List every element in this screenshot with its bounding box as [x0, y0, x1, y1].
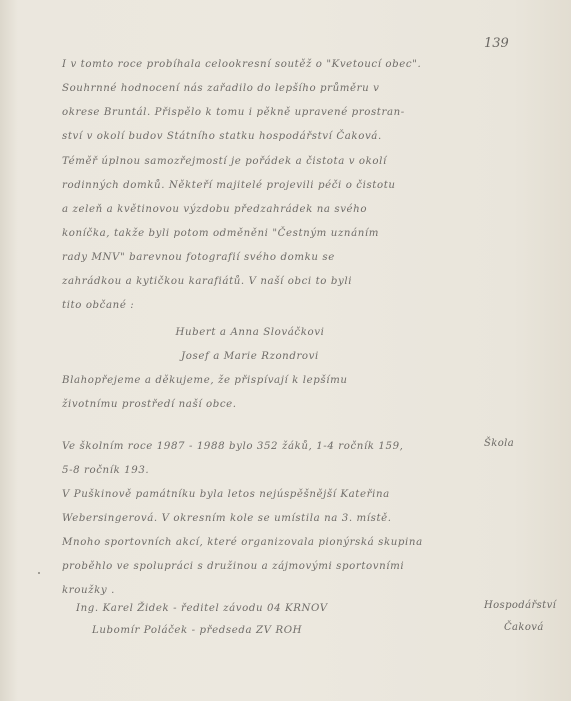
text-line: tito občané :: [62, 299, 134, 313]
text-line: 5-8 ročník 193.: [62, 464, 149, 478]
text-line: Téměř úplnou samozřejmostí je pořádek a …: [62, 155, 387, 169]
text-line: Ve školním roce 1987 - 1988 bylo 352 žák…: [62, 440, 404, 454]
text-line: I v tomto roce probíhala celookresní sou…: [62, 58, 421, 72]
text-line: Mnoho sportovních akcí, které organizova…: [62, 536, 423, 550]
signature-chairman: Lubomír Poláček - předseda ZV ROH: [92, 625, 302, 636]
text-line: kroužky .: [62, 584, 115, 598]
citizen-name: Josef a Marie Rzondrovi: [0, 350, 460, 364]
text-line: Souhrnné hodnocení nás zařadilo do lepší…: [62, 82, 379, 96]
margin-note-school: Škola: [484, 438, 514, 449]
text-line: Blahopřejeme a děkujeme, že přispívají k…: [62, 374, 348, 388]
citizen-name: Hubert a Anna Slováčkovi: [0, 326, 460, 340]
text-line: zahrádkou a kytičkou karafiátů. V naší o…: [62, 275, 352, 289]
page-number: 139: [484, 36, 509, 51]
text-line: V Puškinově památníku byla letos nejúspě…: [62, 488, 390, 502]
text-line: Webersingerová. V okresním kole se umíst…: [62, 512, 392, 526]
chronicle-page: 139 I v tomto roce probíhala celookresní…: [0, 0, 571, 701]
text-line: rodinných domků. Někteří majitelé projev…: [62, 179, 396, 193]
text-line: proběhlo ve spolupráci s družinou a zájm…: [62, 560, 404, 574]
text-line: okrese Bruntál. Přispělo k tomu i pěkně …: [62, 106, 405, 120]
margin-note-economy-2: Čaková: [504, 622, 544, 633]
text-line: životnímu prostředí naší obce.: [62, 398, 237, 412]
margin-note-economy-1: Hospodářství: [484, 600, 556, 611]
text-line: koníčka, takže byli potom odměněni "Čest…: [62, 227, 379, 241]
text-line: rady MNV" barevnou fotografií svého domk…: [62, 251, 335, 265]
signature-director: Ing. Karel Židek - ředitel závodu 04 KRN…: [76, 603, 328, 614]
paper-speck: [38, 572, 40, 574]
text-line: a zeleň a květinovou výzdobu předzahráde…: [62, 203, 367, 217]
text-line: ství v okolí budov Státního statku hospo…: [62, 130, 382, 144]
